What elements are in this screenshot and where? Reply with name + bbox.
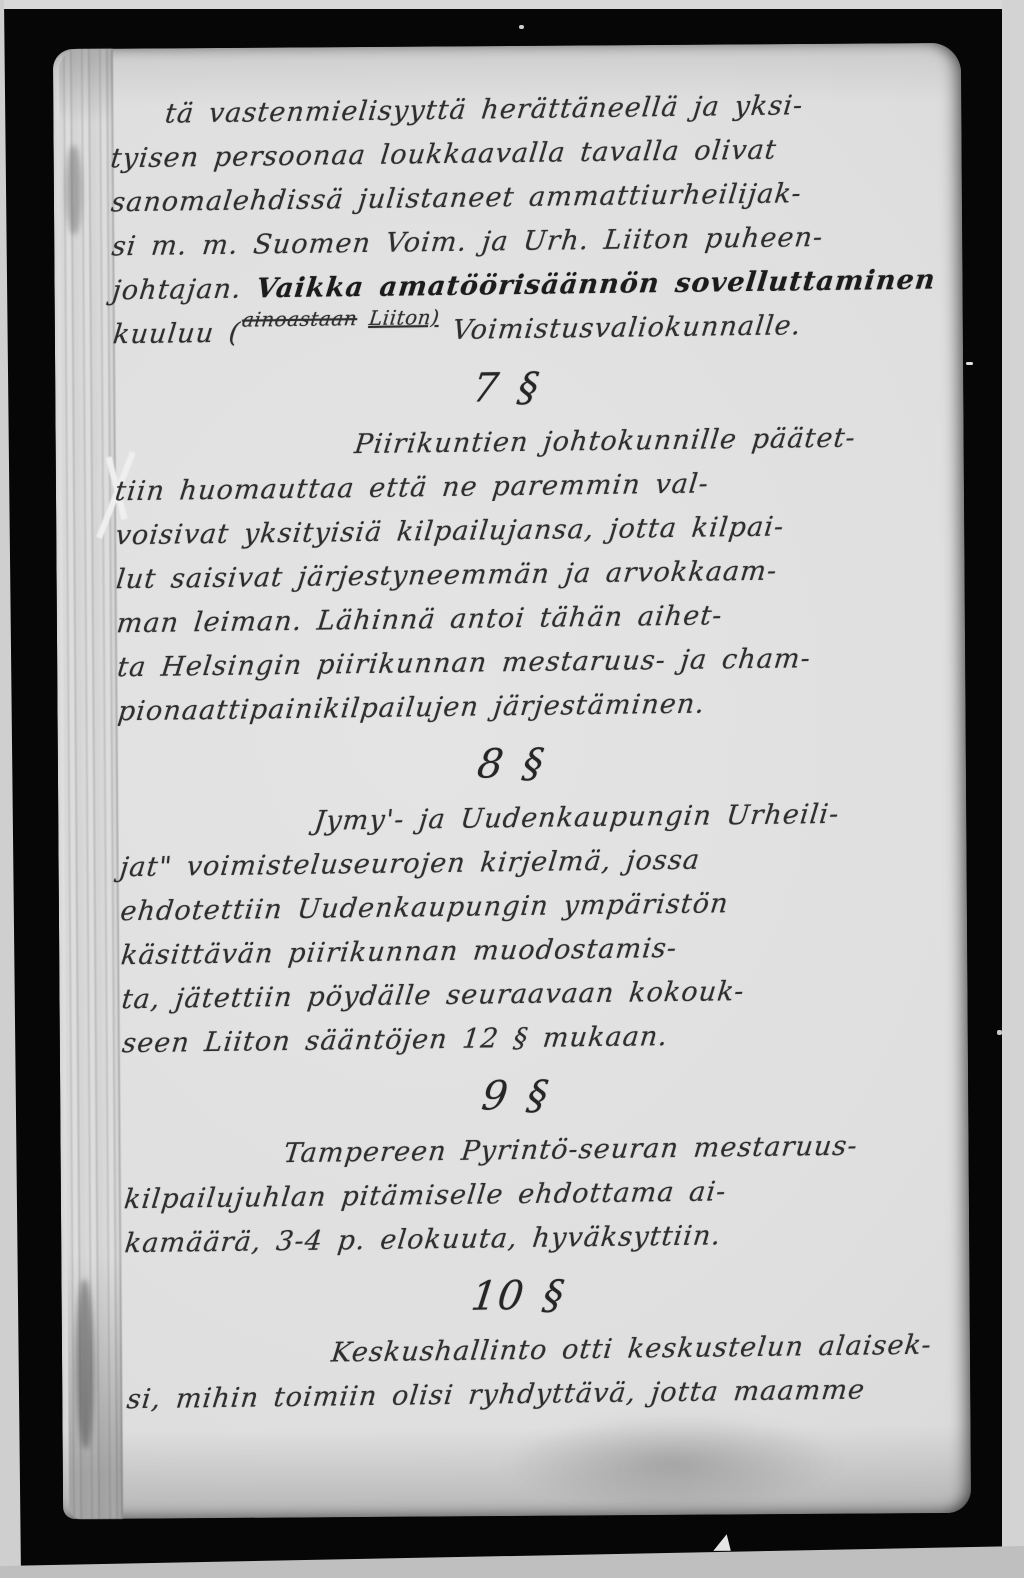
paragraph-section-8: Jymy'- ja Uudenkaupungin Urheili- jat" v…	[116, 791, 949, 1066]
scan-speck	[997, 1030, 1002, 1035]
paragraph-section-9: Tampereen Pyrintö-seuran mestaruus- kilp…	[121, 1123, 953, 1266]
section-mark-8: 8 §	[113, 734, 909, 794]
section-mark-10: 10 §	[120, 1266, 916, 1326]
document-page: tä vastenmielisyyttä herättäneellä ja yk…	[53, 43, 971, 1519]
shadow-smudge	[502, 1412, 843, 1514]
white-chevron-mark	[710, 1534, 731, 1555]
section-mark-9: 9 §	[117, 1066, 913, 1126]
struck-word: ainoastaan	[241, 306, 359, 332]
line-text: johtajan.	[111, 273, 258, 306]
manuscript-line-correction: kuuluu (ainoastaan Liiton) Voimistusvali…	[111, 302, 946, 358]
line-text: Voimistusvaliokunnalle.	[436, 310, 803, 346]
scanner-edge-right	[1002, 0, 1024, 1578]
scanner-edge-bottom	[0, 1540, 1024, 1578]
paragraph-section-10: Keskushallinto otti keskustelun alaisek-…	[123, 1323, 954, 1422]
underlined-word: Liiton)	[368, 305, 441, 330]
paragraph-continuation: tä vastenmielisyyttä herättäneellä ja yk…	[107, 82, 940, 358]
scanner-edge-top	[0, 0, 1024, 9]
scan-speck	[966, 362, 973, 365]
manuscript-text: tä vastenmielisyyttä herättäneellä ja yk…	[107, 82, 954, 1428]
line-text: kuuluu (	[111, 318, 242, 351]
scan-speck	[519, 25, 524, 29]
scan-background: tä vastenmielisyyttä herättäneellä ja yk…	[0, 0, 1024, 1578]
paragraph-section-7: Piirikuntien johtokunnille päätet- tiin …	[111, 415, 945, 734]
section-mark-7: 7 §	[108, 358, 904, 418]
inserted-phrase: Vaikka amatöörisäännön sovelluttaminen	[255, 265, 938, 305]
scanner-edge-left	[0, 0, 24, 1578]
